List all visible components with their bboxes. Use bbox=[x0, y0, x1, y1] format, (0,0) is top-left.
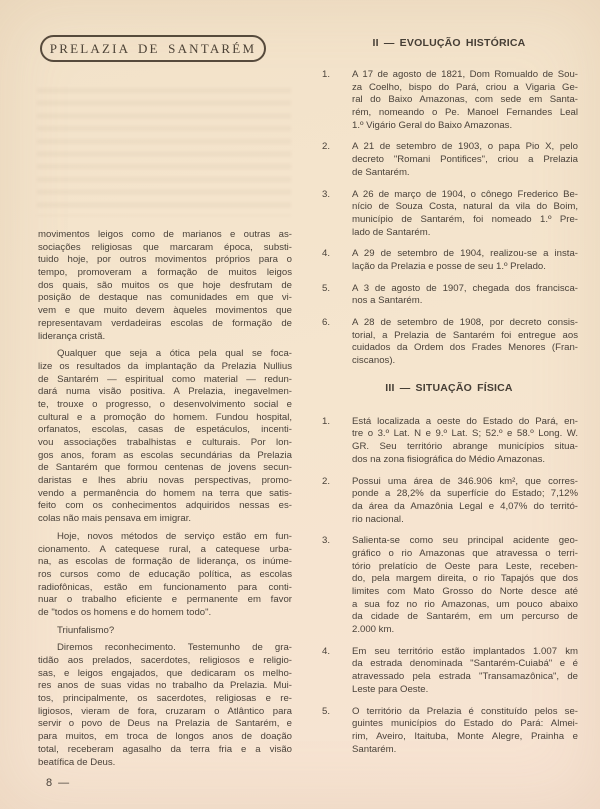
body-line: feito com os conhecimentos adquiridos ne… bbox=[38, 500, 292, 513]
body-line: posição de destaque nas comunidades em q… bbox=[38, 292, 292, 305]
body-line: tuido hoje, por outros movimentos própri… bbox=[38, 254, 292, 267]
body-line: ciscanos). bbox=[352, 355, 578, 368]
body-line: A 3 de agosto de 1907, chegada dos franc… bbox=[352, 283, 578, 296]
body-line: de Santarém. bbox=[352, 167, 578, 180]
item-text: A 17 de agosto de 1821, Dom Romualdo de … bbox=[352, 69, 578, 132]
body-line: representavam verdadeiras escolas de for… bbox=[38, 318, 292, 331]
numbered-item: 3.Salienta-se como seu principal acident… bbox=[320, 535, 578, 637]
body-line: guintes municípios do Estado do Pará: Al… bbox=[352, 718, 578, 731]
body-line: liderança cristã. bbox=[38, 331, 292, 344]
body-paragraph: Diremos reconhecimento. Testemunho de gr… bbox=[38, 642, 292, 769]
right-column: II — EVOLUÇÃO HISTÓRICA1.A 17 de agosto … bbox=[320, 37, 578, 765]
body-line: Salienta-se como seu principal acidente … bbox=[352, 535, 578, 548]
body-line: res anos de suas vidas no trabalho da Pr… bbox=[38, 680, 292, 693]
item-number: 6. bbox=[320, 317, 352, 368]
body-line: rém, nomeando o Pe. Manoel Fernandes Lea… bbox=[352, 107, 578, 120]
body-line: vem e que muito devem àqueles movimentos… bbox=[38, 305, 292, 318]
body-line: ponde a 28,2% da superfície do Estado; 7… bbox=[352, 488, 578, 501]
body-line: rim, Aveiro, Itaituba, Monte Alegre, Pra… bbox=[352, 731, 578, 744]
body-line: A 26 de março de 1904, o cônego Frederic… bbox=[352, 189, 578, 202]
body-line: ros cursos como de educação política, as… bbox=[38, 569, 292, 582]
body-line: Leste para Oeste. bbox=[352, 684, 578, 697]
body-line: A 28 de setembro de 1908, por decreto co… bbox=[352, 317, 578, 330]
body-line: Possui uma área de 346.906 km², que corr… bbox=[352, 476, 578, 489]
numbered-item: 2.Possui uma área de 346.906 km², que co… bbox=[320, 476, 578, 527]
body-line: gráfico o rio Amazonas que atravessa o t… bbox=[352, 548, 578, 561]
body-line: Diremos reconhecimento. Testemunho de gr… bbox=[38, 642, 292, 655]
page-number: 8 — bbox=[46, 777, 71, 789]
body-paragraph: Triunfalismo? bbox=[38, 625, 292, 638]
body-line: GR. Seu território abrange municípios si… bbox=[352, 441, 578, 454]
page-title: PRELAZIA DE SANTARÉM bbox=[50, 41, 256, 57]
item-number: 1. bbox=[320, 69, 352, 132]
body-line: cuidados da Ordem dos Frades Menores (Fr… bbox=[352, 342, 578, 355]
body-paragraph: Hoje, novos métodos de serviço estão em … bbox=[38, 531, 292, 620]
body-line: de "todos os homens e do homem todo". bbox=[38, 607, 292, 620]
body-line: te, trouxe o progresso, o desenvolviment… bbox=[38, 399, 292, 412]
body-line: para muitos, em troca de longos anos de … bbox=[38, 731, 292, 744]
item-text: O território da Prelazia é constituído p… bbox=[352, 706, 578, 757]
numbered-item: 2.A 21 de setembro de 1903, o papa Pio X… bbox=[320, 141, 578, 179]
body-line: lação da Prelazia e posse de seu 1.º Pre… bbox=[352, 261, 578, 274]
body-line: na, as escolas de formação de liderança,… bbox=[38, 556, 292, 569]
body-line: dos na zona fisiográfica do Médio Amazon… bbox=[352, 454, 578, 467]
body-line: vou associações trabalhistas e culturais… bbox=[38, 437, 292, 450]
numbered-item: 6.A 28 de setembro de 1908, por decreto … bbox=[320, 317, 578, 368]
item-number: 5. bbox=[320, 706, 352, 757]
body-line: tempo, promoveram a formação de muitos l… bbox=[38, 267, 292, 280]
item-number: 2. bbox=[320, 141, 352, 179]
body-line: sociações religiosas que marcaram época,… bbox=[38, 242, 292, 255]
body-line: A 29 de setembro de 1904, realizou-se a … bbox=[352, 248, 578, 261]
item-text: Possui uma área de 346.906 km², que corr… bbox=[352, 476, 578, 527]
body-line: dará numa visão positiva. A Prelazia, in… bbox=[38, 386, 292, 399]
item-text: Está localizada a oeste do Estado do Par… bbox=[352, 416, 578, 467]
body-line: sas, e leigos engajados, que dedicaram o… bbox=[38, 668, 292, 681]
body-line: za Coelho, bispo do Pará, criou a Vigari… bbox=[352, 82, 578, 95]
body-line: do, pela margem direita, o rio Tapajós q… bbox=[352, 573, 578, 586]
body-line: lado de Santarém. bbox=[352, 227, 578, 240]
body-line: total, receberam agasalho da terra fria … bbox=[38, 744, 292, 757]
body-line: movimentos leigos como de marianos e out… bbox=[38, 229, 292, 242]
item-number: 2. bbox=[320, 476, 352, 527]
body-line: nício de Souza Costa, natural da vila do… bbox=[352, 201, 578, 214]
item-text: Em seu território estão implantados 1.00… bbox=[352, 646, 578, 697]
body-line: ligiosos, vieram de fora, cruzaram o Atl… bbox=[38, 706, 292, 719]
numbered-item: 1.Está localizada a oeste do Estado do P… bbox=[320, 416, 578, 467]
item-text: A 28 de setembro de 1908, por decreto co… bbox=[352, 317, 578, 368]
item-number: 1. bbox=[320, 416, 352, 467]
body-line: atravessado pela estrada "Transamazônica… bbox=[352, 671, 578, 684]
item-number: 4. bbox=[320, 646, 352, 697]
body-line: de Santarém que formou centenas de joven… bbox=[38, 462, 292, 475]
body-line: A 17 de agosto de 1821, Dom Romualdo de … bbox=[352, 69, 578, 82]
body-line: da cidade de Santarém, em um percurso de bbox=[352, 611, 578, 624]
body-line: cionamento. A catequese rural, a cateque… bbox=[38, 544, 292, 557]
item-number: 3. bbox=[320, 535, 352, 637]
body-line: radiofônicas, estão em funcionamento par… bbox=[38, 582, 292, 595]
body-line: Santarém. bbox=[352, 744, 578, 757]
body-line: O território da Prelazia é constituído p… bbox=[352, 706, 578, 719]
item-text: A 21 de setembro de 1903, o papa Pio X, … bbox=[352, 141, 578, 179]
body-line: cultural e a promoção do homem. Fundou h… bbox=[38, 412, 292, 425]
numbered-item: 5.A 3 de agosto de 1907, chegada dos fra… bbox=[320, 283, 578, 308]
body-line: tório prelatício de Oeste para Leste, re… bbox=[352, 561, 578, 574]
item-number: 5. bbox=[320, 283, 352, 308]
document-page: PRELAZIA DE SANTARÉM movimentos leigos c… bbox=[0, 0, 600, 809]
body-line: rio nacional. bbox=[352, 514, 578, 527]
page-bleedthrough-texture bbox=[37, 88, 291, 216]
section-title: II — EVOLUÇÃO HISTÓRICA bbox=[320, 37, 578, 50]
body-line: Triunfalismo? bbox=[38, 625, 292, 638]
left-column: movimentos leigos como de marianos e out… bbox=[38, 229, 292, 774]
body-line: nos a Santarém. bbox=[352, 295, 578, 308]
body-paragraph: Qualquer que seja a ótica pela qual se f… bbox=[38, 348, 292, 526]
numbered-item: 4.Em seu território estão implantados 1.… bbox=[320, 646, 578, 697]
item-text: A 26 de março de 1904, o cônego Frederic… bbox=[352, 189, 578, 240]
body-line: torial, a Prelazia de Santarém foi entre… bbox=[352, 330, 578, 343]
body-line: beatífica de Deus. bbox=[38, 757, 292, 770]
item-text: A 3 de agosto de 1907, chegada dos franc… bbox=[352, 283, 578, 308]
numbered-item: 1.A 17 de agosto de 1821, Dom Romualdo d… bbox=[320, 69, 578, 132]
body-line: da área da Amazônia Legal e 4,07% do ter… bbox=[352, 501, 578, 514]
body-line: 1.º Vigário Geral do Baixo Amazonas. bbox=[352, 120, 578, 133]
body-line: lize os resultados da implantação da Pre… bbox=[38, 361, 292, 374]
body-line: daristas e lhes abriu novas perspectivas… bbox=[38, 475, 292, 488]
item-number: 4. bbox=[320, 248, 352, 273]
body-line: decreto "Romani Pontifices", criou a Pre… bbox=[352, 154, 578, 167]
body-line: servir o povo de Deus na Prelazia de San… bbox=[38, 718, 292, 731]
item-text: Salienta-se como seu principal acidente … bbox=[352, 535, 578, 637]
body-paragraph: movimentos leigos como de marianos e out… bbox=[38, 229, 292, 343]
body-line: 2.000 km. bbox=[352, 624, 578, 637]
item-text: A 29 de setembro de 1904, realizou-se a … bbox=[352, 248, 578, 273]
body-line: de Santarém — espiritual como material —… bbox=[38, 374, 292, 387]
body-line: tidão aos prelados, sacerdotes, religios… bbox=[38, 655, 292, 668]
body-line: gos anos, foram as escolas secundárias d… bbox=[38, 450, 292, 463]
body-line: a sua foz no rio Amazonas, um pouco abai… bbox=[352, 599, 578, 612]
body-line: ral do Baixo Amazonas, com sede em Santa… bbox=[352, 94, 578, 107]
body-line: vendo a permanência do homem na terra qu… bbox=[38, 488, 292, 501]
body-line: Está localizada a oeste do Estado do Par… bbox=[352, 416, 578, 429]
body-line: tos, principalmente, os sacerdotes, reli… bbox=[38, 693, 292, 706]
body-line: dos quais, são muitos os que hoje desfru… bbox=[38, 280, 292, 293]
page-title-box: PRELAZIA DE SANTARÉM bbox=[40, 35, 266, 62]
numbered-item: 3.A 26 de março de 1904, o cônego Freder… bbox=[320, 189, 578, 240]
body-line: limites com Mato Grosso do Norte desce a… bbox=[352, 586, 578, 599]
body-line: Hoje, novos métodos de serviço estão em … bbox=[38, 531, 292, 544]
body-line: A 21 de setembro de 1903, o papa Pio X, … bbox=[352, 141, 578, 154]
numbered-item: 5.O território da Prelazia é constituído… bbox=[320, 706, 578, 757]
body-line: colas não mais pensava em imigrar. bbox=[38, 513, 292, 526]
body-line: Em seu território estão implantados 1.00… bbox=[352, 646, 578, 659]
body-line: da estrada denominada "Santarém-Cuiabá" … bbox=[352, 658, 578, 671]
section-title: III — SITUAÇÃO FÍSICA bbox=[320, 382, 578, 395]
body-line: Qualquer que seja a ótica pela qual se f… bbox=[38, 348, 292, 361]
body-line: município de Santarém, foi nomeado 1.º P… bbox=[352, 214, 578, 227]
body-line: tre o 3.º Lat. N e 9.º Lat. S; 52.º e 58… bbox=[352, 428, 578, 441]
body-line: orfanatos, escolas, casas de espetáculos… bbox=[38, 424, 292, 437]
numbered-item: 4.A 29 de setembro de 1904, realizou-se … bbox=[320, 248, 578, 273]
item-number: 3. bbox=[320, 189, 352, 240]
body-line: nuar o trabalho eficiente e permanente e… bbox=[38, 594, 292, 607]
